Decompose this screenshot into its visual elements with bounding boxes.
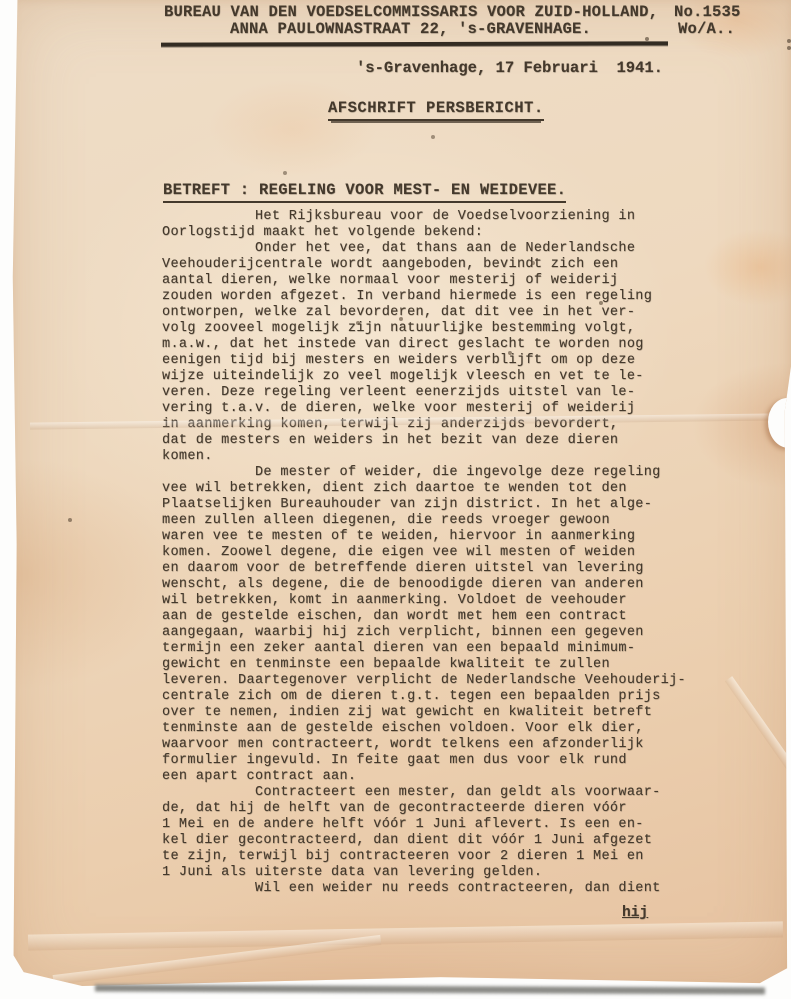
paragraph-1: Het Rijksbureau voor de Voedselvoorzieni… [162, 209, 686, 241]
paragraph-3: De mester of weider, die ingevolge deze … [162, 465, 686, 785]
reference-number: No.1535 [674, 3, 741, 21]
paragraph-5: Wil een weider nu reeds contracteeren, d… [162, 881, 686, 897]
paper-crease-diagonal [725, 676, 791, 837]
paragraph-4: Contracteert een mester, dan geldt als v… [162, 785, 686, 881]
body-text: Het Rijksbureau voor de Voedselvoorzieni… [162, 209, 686, 897]
paragraph-2: Onder het vee, dat thans aan de Nederlan… [162, 241, 686, 465]
paper-crease-bottom [28, 921, 783, 950]
scanned-document: BUREAU VAN DEN VOEDSELCOMMISSARIS VOOR Z… [0, 0, 791, 999]
letterhead-line2: ANNA PAULOWNASTRAAT 22, 's-GRAVENHAGE. [230, 20, 591, 38]
document-title: AFSCHRIFT PERSBERICHT. [328, 99, 544, 121]
paper-sheet: BUREAU VAN DEN VOEDSELCOMMISSARIS VOOR Z… [12, 0, 791, 990]
subject-line: BETREFT : REGELING VOOR MEST- EN WEIDEVE… [163, 181, 566, 203]
dateline: 's-Gravenhage, 17 Februari 1941. [356, 59, 663, 77]
letterhead-rule [161, 41, 668, 46]
letterhead-line1: BUREAU VAN DEN VOEDSELCOMMISSARIS VOOR Z… [164, 3, 658, 21]
catchword: hij [622, 905, 648, 921]
reference-code: Wo/A.. [678, 20, 735, 38]
paper-crease-bottom-left [53, 935, 382, 985]
paper-tear-right-edge [768, 398, 791, 448]
paper-specks [12, 0, 14, 2]
scan-shadow [95, 985, 765, 995]
